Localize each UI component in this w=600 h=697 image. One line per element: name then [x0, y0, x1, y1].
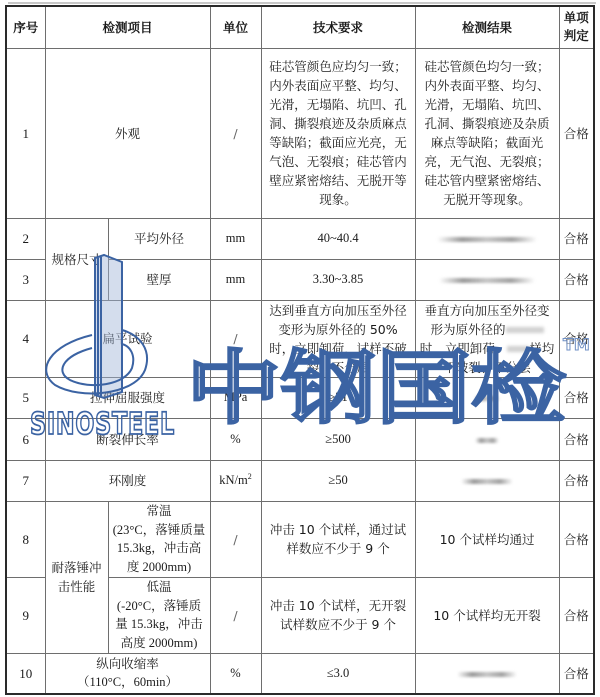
row-result-redacted — [415, 653, 559, 694]
row-unit: kN/m2 — [210, 460, 261, 501]
row-result: 垂直方向加压至外径变形为原外径的时，立即卸荷，样均不破裂、不分层 — [415, 300, 559, 377]
header-unit: 单位 — [210, 6, 261, 48]
row-group-spec: 规格尺寸 — [45, 218, 108, 300]
header-verdict: 单项 判定 — [559, 6, 594, 48]
row-item: 纵向收缩率 （110°C，60min） — [45, 653, 210, 694]
row-verdict: 合格 — [559, 577, 594, 653]
table-row: 2 规格尺寸 平均外径 mm 40~40.4 合格 — [6, 218, 594, 259]
header-row: 序号 检测项目 单位 技术要求 检测结果 单项 判定 — [6, 6, 594, 48]
item-detail: (23°C，落锤质量 15.3kg，冲击高度 2000mm) — [112, 521, 207, 577]
row-result: 10 个试样均通过 — [415, 501, 559, 577]
row-verdict: 合格 — [559, 48, 594, 218]
redacted-value — [506, 327, 544, 333]
row-item: 平均外径 — [108, 218, 210, 259]
row-requirement: ≥500 — [261, 418, 415, 460]
row-result-redacted — [415, 418, 559, 460]
row-unit: % — [210, 653, 261, 694]
header-verdict-line2: 判定 — [560, 27, 594, 45]
row-unit: % — [210, 418, 261, 460]
row-result-redacted — [415, 377, 559, 418]
redacted-value — [457, 672, 517, 677]
row-item: 外观 — [45, 48, 210, 218]
row-group-impact: 耐落锤冲击性能 — [45, 501, 108, 653]
row-verdict: 合格 — [559, 259, 594, 300]
row-result-redacted — [415, 218, 559, 259]
row-unit: / — [210, 300, 261, 377]
row-verdict: 合格 — [559, 418, 594, 460]
row-requirement: ≤3.0 — [261, 653, 415, 694]
row-requirement: 达到垂直方向加压至外径变形为原外径的 50% 时，立即卸荷，试样不破裂、不分层 — [261, 300, 415, 377]
row-requirement: 冲击 10 个试样，通过试样数应不少于 9 个 — [261, 501, 415, 577]
row-result: 10 个试样均无开裂 — [415, 577, 559, 653]
row-verdict: 合格 — [559, 501, 594, 577]
header-result: 检测结果 — [415, 6, 559, 48]
redacted-value — [439, 278, 535, 283]
row-index: 4 — [6, 300, 45, 377]
row-index: 9 — [6, 577, 45, 653]
item-title: 常温 — [112, 502, 207, 521]
table-row: 10 纵向收缩率 （110°C，60min） % ≤3.0 合格 — [6, 653, 594, 694]
row-unit: MPa — [210, 377, 261, 418]
header-index: 序号 — [6, 6, 45, 48]
result-text-2: 时，立即卸荷， — [420, 341, 508, 356]
redacted-value — [475, 438, 499, 443]
item-detail: (-20°C，落锤质量 15.3kg，冲击高度 2000mm) — [112, 597, 207, 653]
redacted-value — [507, 346, 529, 352]
unit-base: kN/m — [219, 473, 247, 487]
table-row: 7 环刚度 kN/m2 ≥50 合格 — [6, 460, 594, 501]
row-verdict: 合格 — [559, 300, 594, 377]
row-requirement: 冲击 10 个试样，无开裂试样数应不少于 9 个 — [261, 577, 415, 653]
header-item: 检测项目 — [45, 6, 210, 48]
table-row: 4 扁平试验 / 达到垂直方向加压至外径变形为原外径的 50% 时，立即卸荷，试… — [6, 300, 594, 377]
redacted-value — [461, 479, 513, 484]
redacted-value — [474, 396, 500, 401]
row-index: 5 — [6, 377, 45, 418]
row-index: 2 — [6, 218, 45, 259]
row-unit: / — [210, 577, 261, 653]
row-index: 1 — [6, 48, 45, 218]
header-requirement: 技术要求 — [261, 6, 415, 48]
row-item: 拉伸屈服强度 — [45, 377, 210, 418]
row-item: 低温 (-20°C，落锤质量 15.3kg，冲击高度 2000mm) — [108, 577, 210, 653]
row-unit: / — [210, 48, 261, 218]
row-item: 扁平试验 — [45, 300, 210, 377]
row-item: 壁厚 — [108, 259, 210, 300]
row-unit: mm — [210, 259, 261, 300]
row-requirement: 3.30~3.85 — [261, 259, 415, 300]
row-requirement: 硅芯管颜色应均匀一致；内外表面应平整、均匀、光滑，无塌陷、坑凹、孔洞、撕裂痕迹及… — [261, 48, 415, 218]
item-line1: 纵向收缩率 — [49, 655, 207, 673]
table-row: 1 外观 / 硅芯管颜色应均匀一致；内外表面应平整、均匀、光滑，无塌陷、坑凹、孔… — [6, 48, 594, 218]
row-result-redacted — [415, 259, 559, 300]
row-index: 8 — [6, 501, 45, 577]
page-top-rule — [8, 2, 596, 4]
row-index: 3 — [6, 259, 45, 300]
item-title: 低温 — [112, 578, 207, 597]
table-row: 6 断裂伸长率 % ≥500 合格 — [6, 418, 594, 460]
row-result-redacted — [415, 460, 559, 501]
inspection-results-table: 序号 检测项目 单位 技术要求 检测结果 单项 判定 1 外观 / 硅芯管颜色应… — [5, 5, 595, 695]
row-verdict: 合格 — [559, 377, 594, 418]
table-row: 5 拉伸屈服强度 MPa ≥21 合格 — [6, 377, 594, 418]
row-unit: / — [210, 501, 261, 577]
row-requirement: ≥50 — [261, 460, 415, 501]
row-index: 6 — [6, 418, 45, 460]
row-verdict: 合格 — [559, 653, 594, 694]
row-requirement: ≥21 — [261, 377, 415, 418]
table-row: 8 耐落锤冲击性能 常温 (23°C，落锤质量 15.3kg，冲击高度 2000… — [6, 501, 594, 577]
row-index: 7 — [6, 460, 45, 501]
header-verdict-line1: 单项 — [560, 9, 594, 27]
unit-superscript: 2 — [248, 472, 252, 481]
row-unit: mm — [210, 218, 261, 259]
item-line2: （110°C，60min） — [49, 673, 207, 691]
row-verdict: 合格 — [559, 460, 594, 501]
row-index: 10 — [6, 653, 45, 694]
row-item: 环刚度 — [45, 460, 210, 501]
redacted-value — [437, 237, 537, 242]
row-item: 断裂伸长率 — [45, 418, 210, 460]
row-verdict: 合格 — [559, 218, 594, 259]
row-item: 常温 (23°C，落锤质量 15.3kg，冲击高度 2000mm) — [108, 501, 210, 577]
row-requirement: 40~40.4 — [261, 218, 415, 259]
row-result: 硅芯管颜色均匀一致；内外表面平整、均匀、光滑，无塌陷、坑凹、孔洞、撕裂痕迹及杂质… — [415, 48, 559, 218]
